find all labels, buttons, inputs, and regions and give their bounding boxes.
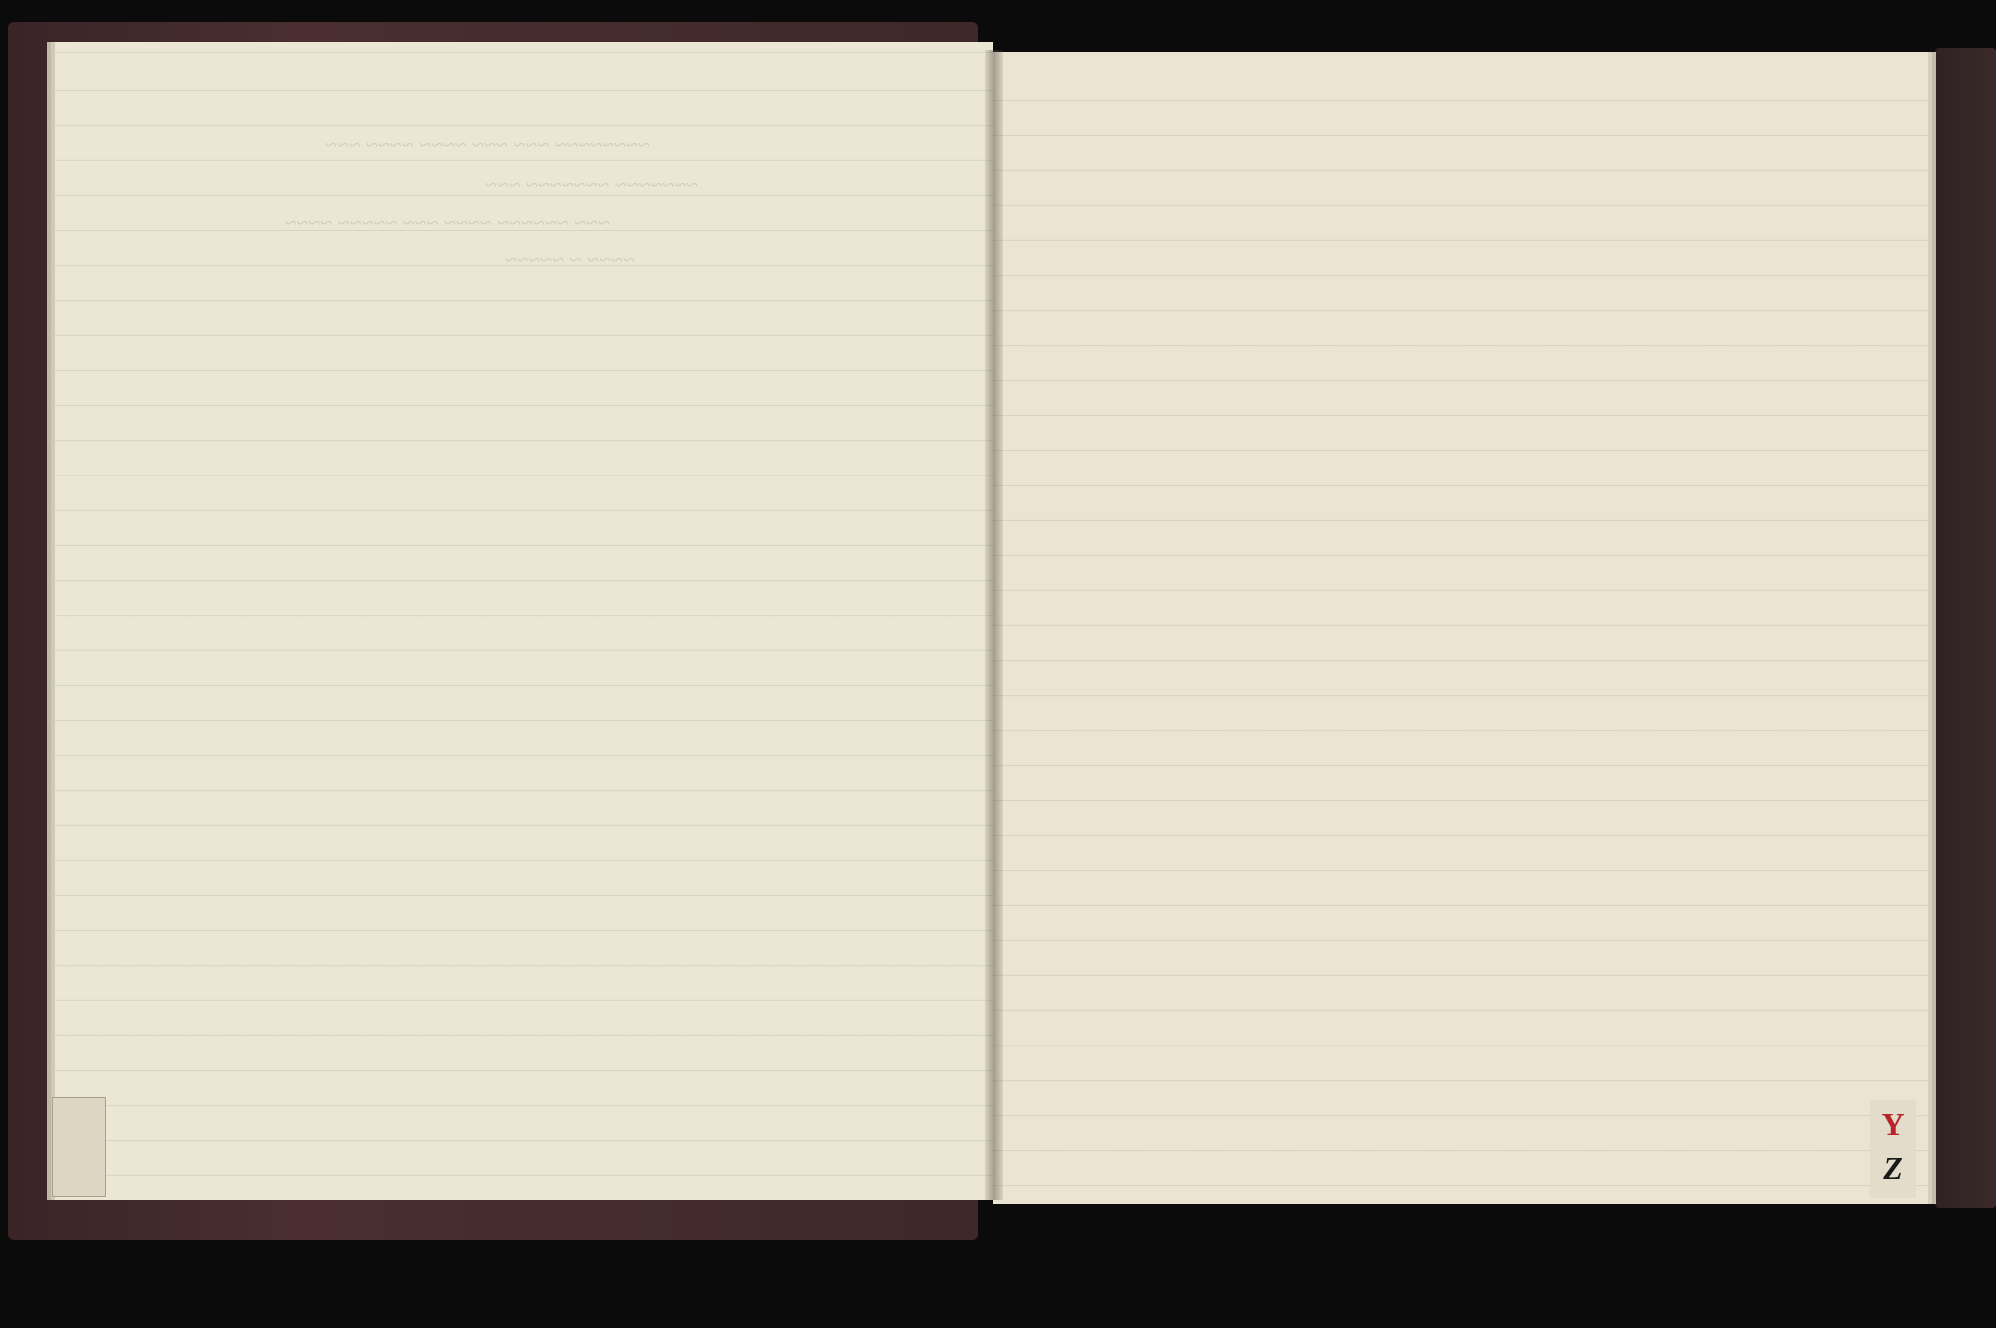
bleed-through-line: ~~~ ~~~~~~ ~~~~ ~~~ ~~~~~ ~~~~ <box>285 210 610 236</box>
bleed-through-line: ~~~~ ~ ~~~~~ <box>505 247 635 273</box>
index-letter-z[interactable]: Z <box>1870 1150 1916 1187</box>
bleed-through-line: ~~~~~~~ ~~~~~~~ ~~~ <box>485 172 698 198</box>
book-gutter <box>985 50 1003 1200</box>
book-cover-right <box>1935 48 1996 1208</box>
bleed-through-line: ~~~~~~~~ ~~~ ~~~ ~~~~ ~~~~ ~~~ <box>325 132 650 158</box>
index-letter-y[interactable]: Y <box>1870 1106 1916 1143</box>
left-page: ~~~~~~~~ ~~~ ~~~ ~~~~ ~~~~ ~~~ ~~~~~~~ ~… <box>55 42 993 1200</box>
right-page <box>993 52 1928 1204</box>
index-tab-yz[interactable]: Y Z <box>1870 1100 1916 1198</box>
left-index-tab <box>52 1097 106 1197</box>
